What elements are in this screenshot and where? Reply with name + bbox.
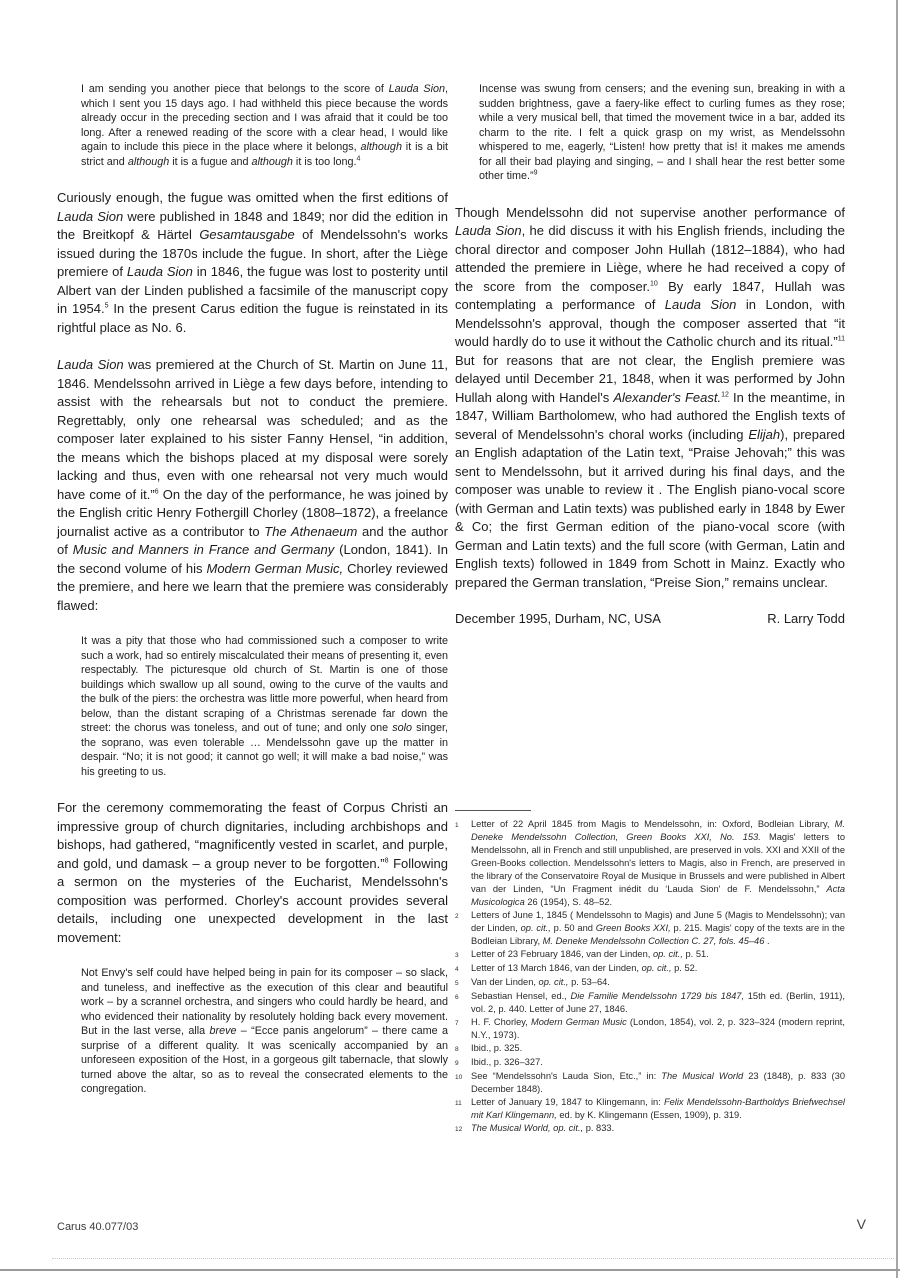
- footnote-number: 8: [455, 1042, 471, 1056]
- footnote-item: 1Letter of 22 April 1845 from Magis to M…: [455, 818, 845, 909]
- footnote-rule: [455, 810, 531, 811]
- footnote-item: 8Ibid., p. 325.: [455, 1042, 845, 1056]
- footnote-text: The Musical World, op. cit., p. 833.: [471, 1122, 845, 1136]
- footnote-text: H. F. Chorley, Modern German Music (Lond…: [471, 1016, 845, 1042]
- footnote-item: 11Letter of January 19, 1847 to Klingema…: [455, 1096, 845, 1122]
- byline-author: R. Larry Todd: [767, 611, 845, 626]
- footnote-text: Letter of 13 March 1846, van der Linden,…: [471, 962, 845, 976]
- footnote-text: See “Mendelssohn's Lauda Sion, Etc.,” in…: [471, 1070, 845, 1096]
- footnote-number: 9: [455, 1056, 471, 1070]
- left-column: I am sending you another piece that belo…: [57, 82, 448, 1117]
- right-column: Incense was swung from censers; and the …: [455, 82, 845, 626]
- paragraph: For the ceremony commemorating the feast…: [57, 799, 448, 947]
- footnote-number: 3: [455, 948, 471, 962]
- footnote-item: 12The Musical World, op. cit., p. 833.: [455, 1122, 845, 1136]
- footnote-text: Letter of 23 February 1846, van der Lind…: [471, 948, 845, 962]
- footnotes-section: 1Letter of 22 April 1845 from Magis to M…: [455, 810, 845, 1136]
- footnote-list: 1Letter of 22 April 1845 from Magis to M…: [455, 818, 845, 1136]
- footnote-number: 2: [455, 909, 471, 948]
- footnote-item: 3Letter of 23 February 1846, van der Lin…: [455, 948, 845, 962]
- byline-date-place: December 1995, Durham, NC, USA: [455, 611, 661, 626]
- right-column-text: Incense was swung from censers; and the …: [455, 82, 845, 592]
- footnote-item: 10See “Mendelssohn's Lauda Sion, Etc.,” …: [455, 1070, 845, 1096]
- footnote-text: Letter of January 19, 1847 to Klingemann…: [471, 1096, 845, 1122]
- footnote-text: Ibid., p. 325.: [471, 1042, 845, 1056]
- block-quote: Not Envy's self could have helped being …: [81, 966, 448, 1097]
- byline: December 1995, Durham, NC, USA R. Larry …: [455, 611, 845, 626]
- footnote-item: 4Letter of 13 March 1846, van der Linden…: [455, 962, 845, 976]
- footnote-number: 6: [455, 990, 471, 1016]
- footnote-item: 9Ibid., p. 326–327.: [455, 1056, 845, 1070]
- footnote-number: 10: [455, 1070, 471, 1096]
- footnote-text: Letter of 22 April 1845 from Magis to Me…: [471, 818, 845, 909]
- block-quote: Incense was swung from censers; and the …: [479, 82, 845, 184]
- perforation-line: [52, 1258, 894, 1259]
- brand-code: Carus 40.077/03: [57, 1221, 138, 1233]
- footnote-text: Letters of June 1, 1845 ( Mendelssohn to…: [471, 909, 845, 948]
- footnote-number: 5: [455, 976, 471, 990]
- page-edge-bottom: [0, 1269, 900, 1271]
- footnote-number: 12: [455, 1122, 471, 1136]
- paragraph: Lauda Sion was premiered at the Church o…: [57, 356, 448, 615]
- block-quote: I am sending you another piece that belo…: [81, 82, 448, 169]
- block-quote: It was a pity that those who had commiss…: [81, 634, 448, 779]
- footnote-number: 7: [455, 1016, 471, 1042]
- footnote-number: 4: [455, 962, 471, 976]
- footnote-number: 11: [455, 1096, 471, 1122]
- footnote-text: Ibid., p. 326–327.: [471, 1056, 845, 1070]
- footnote-item: 2Letters of June 1, 1845 ( Mendelssohn t…: [455, 909, 845, 948]
- paragraph: Curiously enough, the fugue was omitted …: [57, 189, 448, 337]
- footnote-item: 6Sebastian Hensel, ed., Die Familie Mend…: [455, 990, 845, 1016]
- footnote-number: 1: [455, 818, 471, 909]
- footnote-item: 7H. F. Chorley, Modern German Music (Lon…: [455, 1016, 845, 1042]
- page-number: V: [836, 1216, 866, 1232]
- footnote-text: Sebastian Hensel, ed., Die Familie Mende…: [471, 990, 845, 1016]
- paragraph: Though Mendelssohn did not supervise ano…: [455, 204, 845, 593]
- page-edge-right: [896, 0, 898, 1278]
- page: { "left_column": { "blocks": [ { "type":…: [0, 0, 900, 1278]
- footnote-item: 5Van der Linden, op. cit., p. 53–64.: [455, 976, 845, 990]
- footnote-text: Van der Linden, op. cit., p. 53–64.: [471, 976, 845, 990]
